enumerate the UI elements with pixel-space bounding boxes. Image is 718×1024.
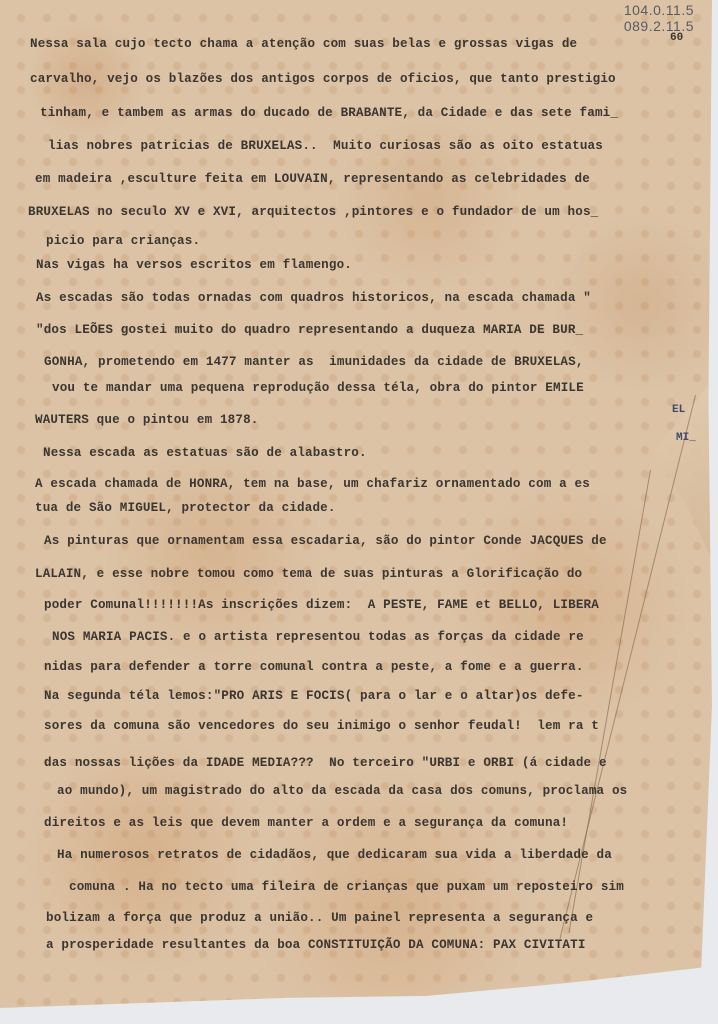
text-line: tua de São MIGUEL, protector da cidade.	[35, 501, 336, 515]
text-line: Na segunda téla lemos:"PRO ARIS E FOCIS(…	[44, 689, 584, 703]
text-line: GONHA, prometendo em 1477 manter as imun…	[44, 355, 584, 369]
catalog-number: 104.0.11.5	[624, 2, 694, 18]
text-line: poder Comunal!!!!!!!As inscrições dizem:…	[44, 598, 599, 612]
text-line: NOS MARIA PACIS. e o artista representou…	[52, 630, 584, 644]
text-line: tinham, e tambem as armas do ducado de B…	[40, 106, 618, 120]
text-line: Nessa escada as estatuas são de alabastr…	[43, 446, 367, 460]
document-page: 104.0.11.5 089.2.11.5 60 Nessa sala cujo…	[0, 0, 712, 1008]
page-number: 60	[670, 32, 683, 44]
text-line: Nas vigas ha versos escritos em flamengo…	[36, 258, 352, 272]
text-line: das nossas lições da IDADE MEDIA??? No t…	[44, 756, 607, 770]
text-line: nidas para defender a torre comunal cont…	[44, 660, 584, 674]
text-line: em madeira ,esculture feita em LOUVAIN, …	[35, 172, 590, 186]
text-line: As pinturas que ornamentam essa escadari…	[44, 534, 607, 548]
text-line: Nessa sala cujo tecto chama a atenção co…	[30, 37, 577, 51]
text-line: Ha numerosos retratos de cidadãos, que d…	[57, 848, 612, 862]
text-line: "dos LEÕES gostei muito do quadro repres…	[36, 323, 583, 337]
text-line: lias nobres patricias de BRUXELAS.. Muit…	[48, 139, 603, 153]
text-line: picio para crianças.	[46, 234, 200, 248]
catalog-number: 089.2.11.5	[624, 18, 694, 34]
catalog-annotation: 104.0.11.5 089.2.11.5	[624, 2, 694, 34]
scan-background	[0, 1008, 718, 1024]
text-line: WAUTERS que o pintou em 1878.	[35, 413, 259, 427]
text-line: sores da comuna são vencedores do seu in…	[44, 719, 599, 733]
margin-fragment: EL	[672, 404, 685, 416]
text-line: BRUXELAS no seculo XV e XVI, arquitectos…	[28, 205, 598, 219]
text-line: LALAIN, e esse nobre tomou como tema de …	[35, 567, 582, 581]
text-line: As escadas são todas ornadas com quadros…	[36, 291, 591, 305]
text-line: comuna . Ha no tecto uma fileira de cria…	[69, 880, 624, 894]
text-line: A escada chamada de HONRA, tem na base, …	[35, 477, 590, 491]
margin-fragment: MI_	[676, 432, 696, 444]
text-line: ao mundo), um magistrado do alto da esca…	[57, 784, 627, 798]
text-line: bolizam a força que produz a união.. Um …	[46, 911, 593, 925]
torn-folded-corner	[628, 380, 712, 560]
text-line: a prosperidade resultantes da boa CONSTI…	[46, 938, 586, 952]
text-line: direitos e as leis que devem manter a or…	[44, 816, 568, 830]
text-line: vou te mandar uma pequena reprodução des…	[52, 381, 584, 395]
text-line: carvalho, vejo os blazões dos antigos co…	[30, 72, 616, 86]
